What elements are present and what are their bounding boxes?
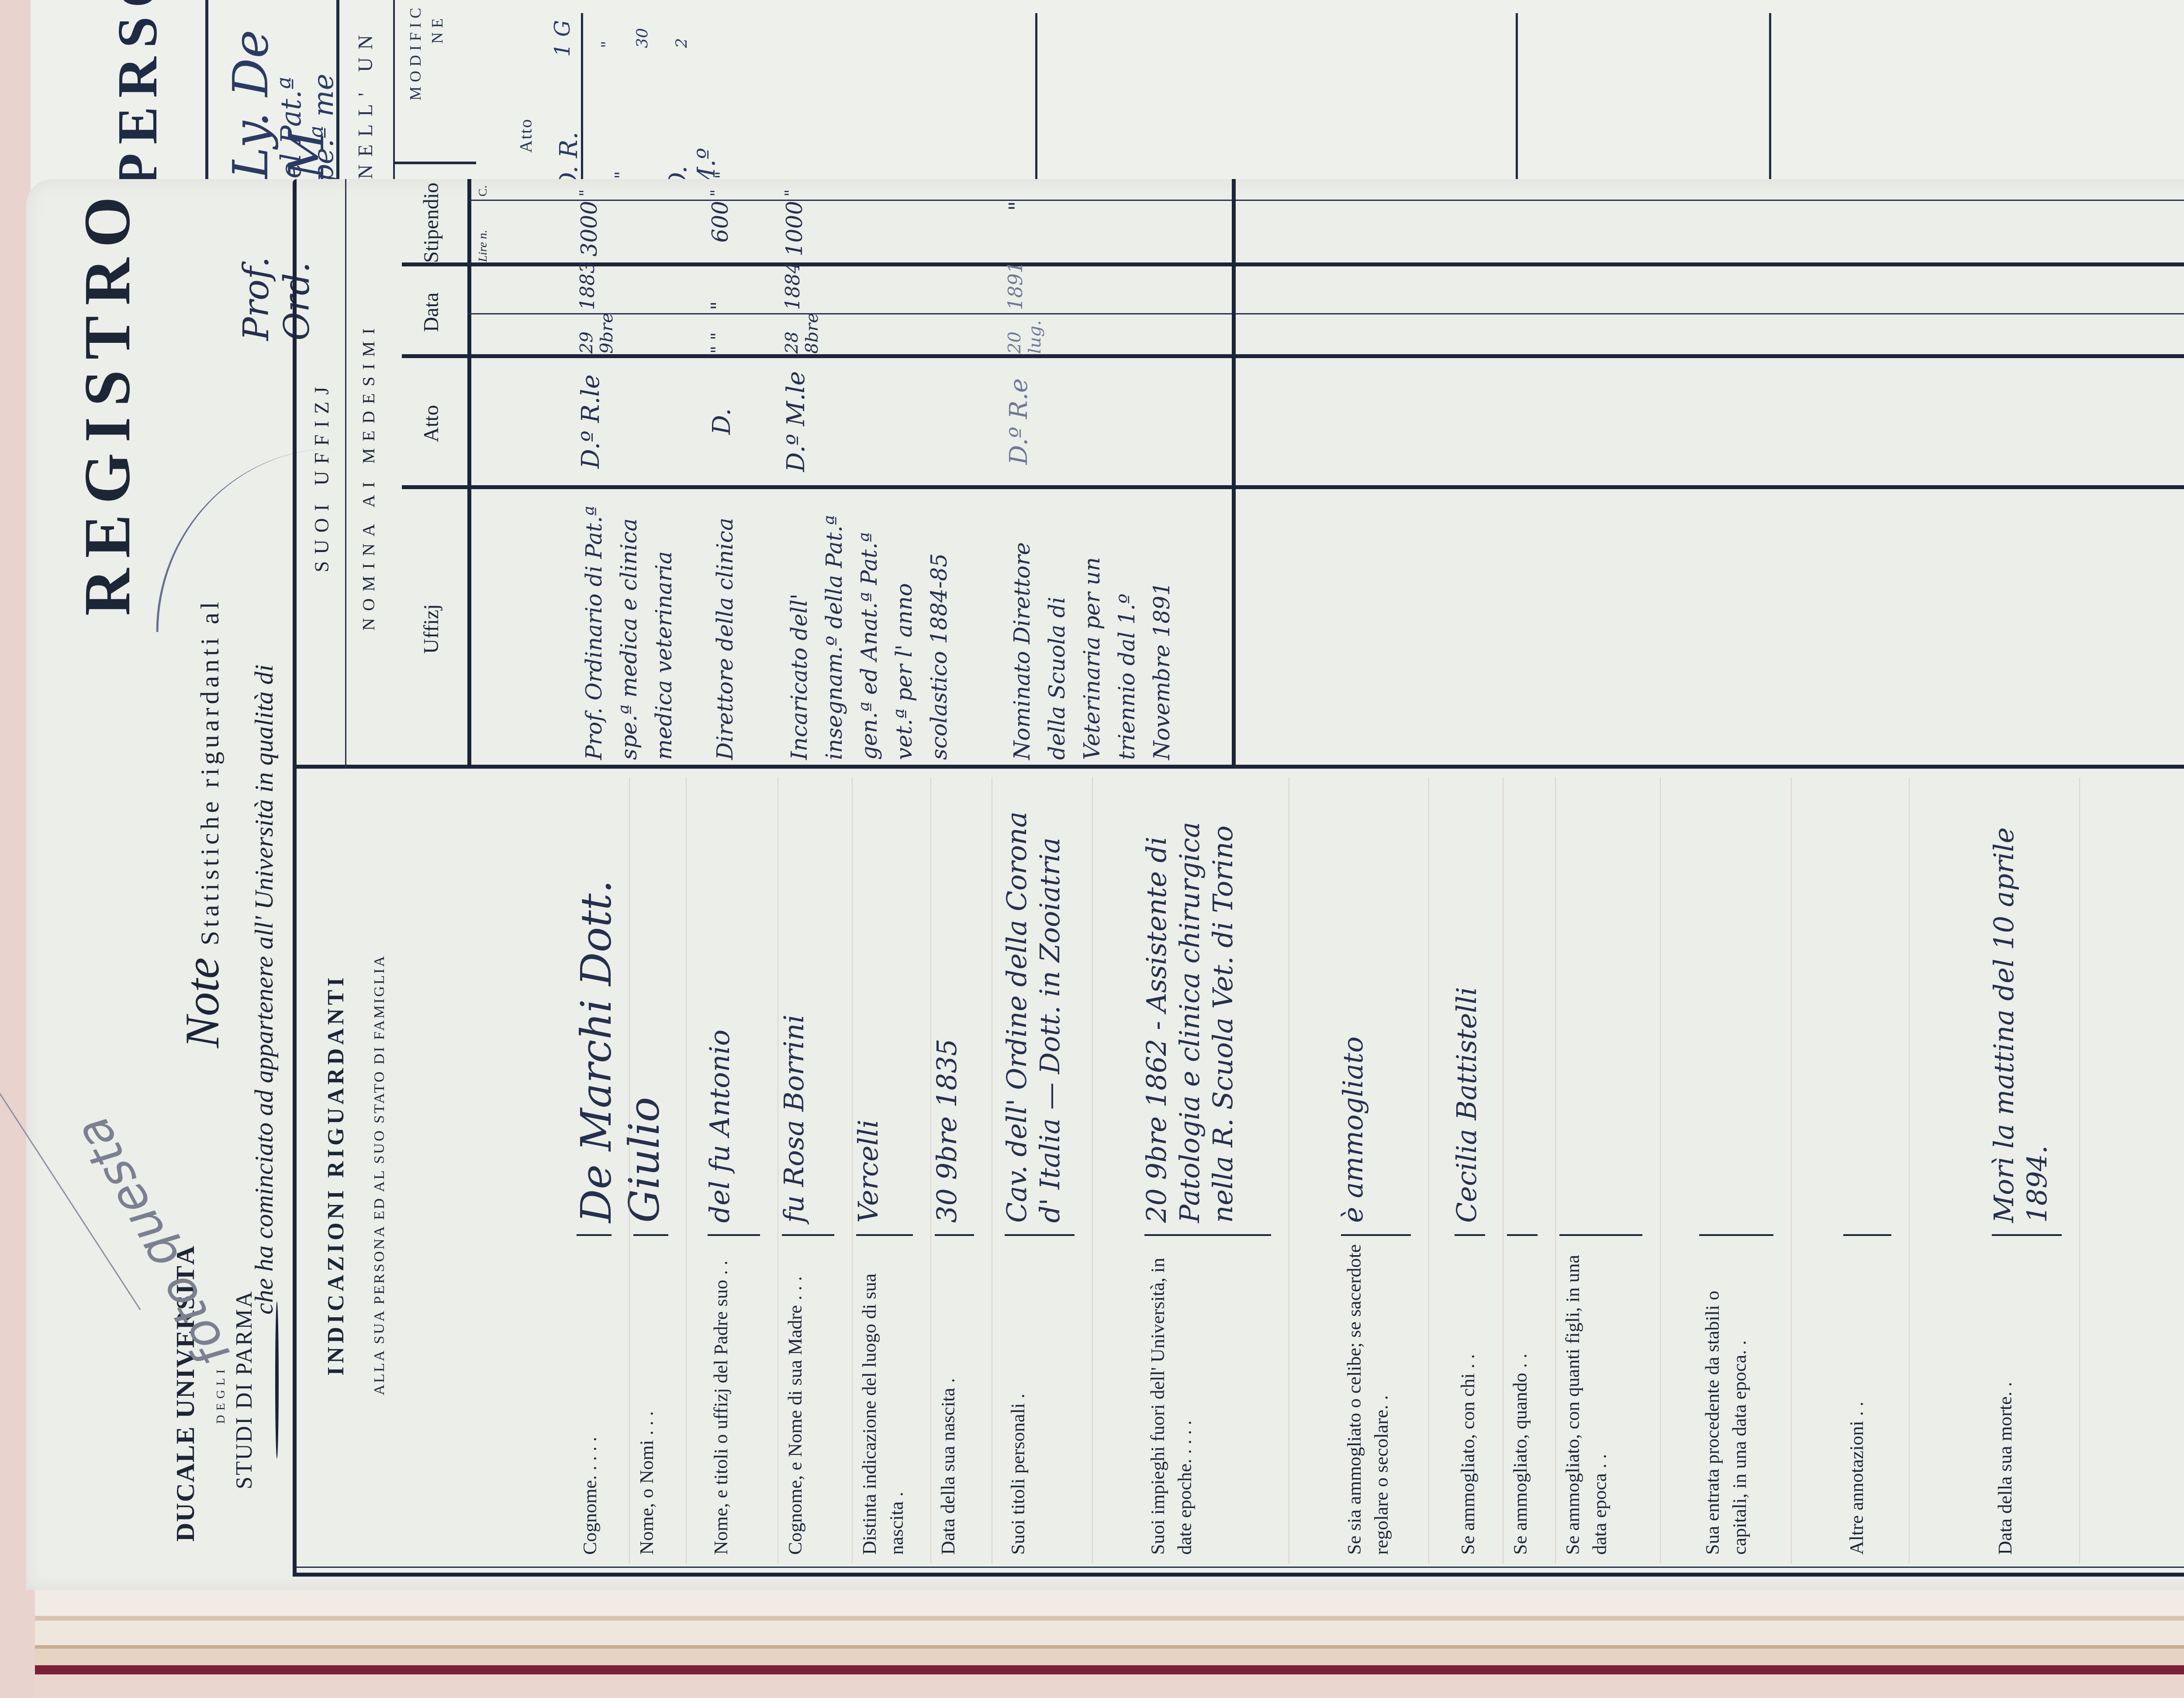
office-act-handwritten: D.º M.le <box>782 362 810 480</box>
office-salary-cents: " <box>782 179 800 197</box>
offices-title-rule <box>345 179 346 769</box>
office-act-handwritten: D. <box>708 362 736 480</box>
field-label: Suoi impieghi fuori dell' Università, in… <box>1144 1240 1199 1555</box>
ruled-line <box>1555 777 1556 1563</box>
pencil-annotation: foto questa <box>7 1002 242 1376</box>
field-brace <box>1455 1234 1485 1236</box>
ruled-line <box>1909 777 1910 1563</box>
note-title: Note Statistiche riguardanti al <box>175 175 230 1048</box>
right-page-rule <box>393 162 476 164</box>
currency-cents-label: C. <box>476 185 490 197</box>
field-brace <box>1559 1234 1642 1236</box>
ruled-line <box>686 777 687 1563</box>
right-page-strip: PERSO Ly. De M del Pat.ª spe.ª me NELL' … <box>31 0 2184 206</box>
office-title-handwritten: Incaricato dell' insegnam.º della Pat.ª … <box>782 498 957 760</box>
field-label: Data della sua morte. . <box>1992 1240 2019 1555</box>
form-frame-left-inner <box>293 1567 2184 1568</box>
office-act-handwritten: D.º R.le <box>577 362 605 480</box>
ornamental-rule <box>275 1301 279 1459</box>
field-brace <box>633 1234 668 1236</box>
note-title-rest: Statistiche riguardanti al <box>195 598 224 946</box>
right-page-role-handwritten: del Pat.ª spe.ª me <box>275 4 340 197</box>
right-page-entry: " <box>612 144 632 179</box>
offices-subtitle: NOMINA AI MEDESIMI <box>358 192 379 760</box>
register-page: DUCALE UNIVERSITÀ DEGLI STUDI DI PARMA f… <box>26 179 2184 1590</box>
field-brace <box>1005 1234 1075 1236</box>
office-salary: 3000 <box>577 201 602 262</box>
ruled-line <box>992 777 992 1563</box>
office-date-year: 1891 <box>1005 266 1027 310</box>
field-value-handwritten: è ammogliato <box>1337 786 1370 1223</box>
field-brace <box>577 1234 612 1236</box>
note-subtitle: che ha cominciato ad appartenere all' Un… <box>249 310 279 1315</box>
column-header-uffizj: Uffizj <box>419 489 443 769</box>
currency-label: Lire n. <box>476 230 490 262</box>
field-label: Se ammogliato, con chi . . <box>1455 1240 1482 1555</box>
field-brace <box>935 1234 974 1236</box>
field-label: Se sia ammogliato o celibe; se sacerdote… <box>1341 1240 1395 1555</box>
field-label: Nome, o Nomi . . . <box>633 1240 660 1555</box>
office-salary: 1000 <box>782 201 807 262</box>
right-page-rule <box>393 0 395 205</box>
ruled-line <box>1092 777 1093 1563</box>
field-brace <box>1507 1234 1538 1236</box>
field-value-handwritten: Cav. dell' Ordine della Corona d' Italia… <box>1000 786 1067 1223</box>
office-salary-cents: " <box>708 179 726 197</box>
office-title-handwritten: Direttore della clinica <box>708 498 743 760</box>
office-date-year: 1883 <box>577 266 599 310</box>
field-label: Cognome. . . . . <box>577 1240 604 1555</box>
field-label: Se ammogliato, con quanti figli, in una … <box>1559 1240 1614 1555</box>
field-label: Data della sua nascita . <box>935 1240 962 1555</box>
header-bottom-rule <box>467 179 471 769</box>
field-value-handwritten: del fu Antonio <box>703 786 736 1223</box>
right-page-rule <box>1769 13 1771 197</box>
ruled-line <box>629 777 630 1563</box>
office-date-day: 29 9bre <box>577 314 617 354</box>
field-brace <box>782 1234 834 1236</box>
office-date-day: " " <box>708 314 728 354</box>
office-date-day: 28 8bre <box>782 314 822 354</box>
register-title: REGISTRO <box>70 179 145 616</box>
field-label: Cognome, e Nome di sua Madre . . . <box>782 1240 809 1555</box>
field-brace <box>1843 1234 1891 1236</box>
right-page-side-mark: 1 G <box>550 4 575 57</box>
role-handwritten: Prof. Ord. <box>236 183 317 341</box>
office-title-handwritten: Prof. Ordinario di Pat.ª spe.ª medica e … <box>577 498 681 760</box>
column-rule <box>402 485 2184 489</box>
field-brace <box>1699 1234 1773 1236</box>
offices-row-rule <box>1232 179 1236 769</box>
field-label: Suoi titoli personali . <box>1005 1240 1032 1555</box>
field-brace <box>1341 1234 1411 1236</box>
field-brace <box>1144 1234 1271 1236</box>
note-title-prefix: Note <box>176 957 229 1048</box>
ruled-line <box>1428 777 1429 1563</box>
field-value-handwritten: Cecilia Battistelli <box>1450 786 1483 1223</box>
field-label: Sua entrata procedente da stabili o capi… <box>1699 1240 1753 1555</box>
field-value-handwritten: 30 9bre 1835 <box>930 786 964 1223</box>
office-salary: 600 <box>708 201 733 262</box>
right-page-entry: " <box>712 144 732 179</box>
form-frame-top <box>293 179 297 1577</box>
right-page-side-mark: " <box>598 13 616 48</box>
field-value-handwritten: 20 9bre 1862 - Assistente di Patologia e… <box>1140 786 1240 1223</box>
right-page-section-title: NELL' UN <box>354 4 377 179</box>
ruled-line <box>1503 777 1503 1563</box>
form-frame-left <box>293 1573 2184 1577</box>
field-value-handwritten: fu Rosa Borrini <box>778 786 811 1223</box>
book-page-edges <box>35 1581 2184 1698</box>
personal-section-subtitle: ALLA SUA PERSONA ED AL SUO STATO DI FAMI… <box>371 847 388 1502</box>
field-label: Se ammogliato, quando . . <box>1507 1240 1534 1555</box>
office-date-year: 1884 <box>782 266 804 310</box>
column-header-atto: Atto <box>419 358 443 489</box>
right-page-rule <box>1035 13 1037 197</box>
register-form: DUCALE UNIVERSITÀ DEGLI STUDI DI PARMA f… <box>26 179 2184 1590</box>
right-page-subheader-2: NE <box>428 0 446 44</box>
right-page-rule <box>1516 13 1518 197</box>
right-page-side-mark: 2 <box>673 13 691 48</box>
ruled-line <box>2079 777 2080 1563</box>
office-salary-cents: " <box>577 179 594 197</box>
ruled-line <box>1660 777 1661 1563</box>
field-label: Distinta indicazione del luogo di sua na… <box>856 1240 910 1555</box>
field-value-handwritten: Vercelli <box>852 786 885 1223</box>
office-act-handwritten: D.º R.e <box>1005 362 1033 480</box>
office-date-year: " <box>708 266 730 310</box>
right-page-subheader: MODIFIC <box>406 0 425 100</box>
field-brace <box>1992 1234 2062 1236</box>
field-value-handwritten: De Marchi Dott. Giulio <box>572 786 668 1223</box>
office-date-day: 20 lug. <box>1005 314 1045 354</box>
office-salary: " <box>1005 201 1030 262</box>
ruled-line <box>1289 777 1289 1563</box>
offices-title: SUOI UFFIZJ <box>310 192 333 760</box>
section-divider <box>293 765 2184 769</box>
column-rule <box>402 354 2184 358</box>
office-title-handwritten: Nominato Direttore della Scuola di Veter… <box>1005 498 1179 760</box>
field-label: Nome, e titoli o uffizj del Padre suo . … <box>708 1240 735 1555</box>
field-label: Altre annotazioni . . <box>1843 1240 1870 1555</box>
column-rule <box>402 262 2184 266</box>
ruled-line <box>1791 777 1792 1563</box>
personal-section-title: INDICAZIONI RIGUARDANTI <box>323 847 349 1502</box>
field-value-handwritten: Morì la mattina del 10 aprile 1894. <box>1987 786 2054 1223</box>
right-page-column-atto: Atto <box>515 87 536 153</box>
column-header-stipendio: Stipendio <box>419 179 443 266</box>
field-brace <box>856 1234 913 1236</box>
right-page-rule <box>336 0 339 205</box>
column-header-data: Data <box>419 266 443 358</box>
right-page-title: PERSO <box>105 4 157 188</box>
field-brace <box>708 1234 760 1236</box>
right-page-side-mark: 30 <box>633 13 651 48</box>
